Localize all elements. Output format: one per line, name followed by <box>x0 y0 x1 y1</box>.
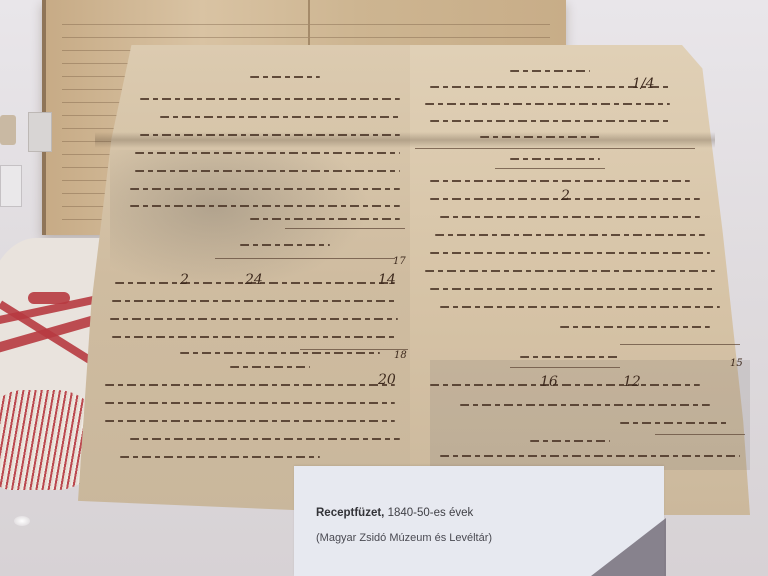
background-card <box>28 112 52 152</box>
handwriting-line <box>160 116 400 118</box>
handwriting-line <box>430 384 700 386</box>
handwriting-line <box>112 300 397 302</box>
handwriting-line <box>560 326 710 328</box>
margin-number: 15 <box>730 358 743 369</box>
section-divider <box>655 434 745 435</box>
handwriting-line <box>105 402 395 404</box>
exhibit-label-institution: (Magyar Zsidó Múzeum és Levéltár) <box>316 532 492 544</box>
margin-number: 18 <box>394 350 407 361</box>
handwriting-line <box>620 422 730 424</box>
recipe-numeral: 2 <box>180 272 189 288</box>
museum-display-photo: 24 2 14 20 17 18 1/4 2 16 12 15 Receptfü… <box>0 0 768 576</box>
margin-number: 17 <box>393 256 406 267</box>
section-divider <box>300 349 408 350</box>
handwriting-line <box>435 234 705 236</box>
handwriting-heading <box>510 70 590 72</box>
handwriting-heading <box>510 158 600 160</box>
handwriting-line <box>425 103 670 105</box>
light-reflection <box>14 516 30 526</box>
section-divider <box>415 148 695 149</box>
handwriting-line <box>460 404 710 406</box>
handwriting-line <box>140 134 400 136</box>
section-divider <box>620 344 740 345</box>
handwriting-line <box>440 455 740 457</box>
handwriting-heading <box>230 366 310 368</box>
handwriting-heading <box>240 244 330 246</box>
handwriting-line <box>440 306 720 308</box>
handwriting-line <box>425 270 715 272</box>
textile-embroidered-letter <box>28 292 70 304</box>
section-divider <box>215 258 395 259</box>
handwriting-heading <box>530 440 610 442</box>
background-object <box>0 115 16 145</box>
handwriting-line <box>430 288 715 290</box>
recipe-numeral: 16 <box>540 374 558 390</box>
handwriting-line <box>105 420 395 422</box>
exhibit-label-title-bold: Receptfüzet, <box>316 507 384 519</box>
handwriting-line <box>110 318 398 320</box>
handwriting-line <box>130 205 400 207</box>
handwriting-line <box>440 216 700 218</box>
handwriting-line <box>130 438 400 440</box>
handwriting-line <box>135 170 400 172</box>
handwriting-line <box>105 384 395 386</box>
handwriting-line <box>250 218 400 220</box>
section-divider <box>495 168 605 169</box>
exhibit-label-card: Receptfüzet, 1840-50-es évek (Magyar Zsi… <box>294 466 664 576</box>
recipe-numeral: 14 <box>378 272 396 288</box>
handwriting-line <box>130 188 400 190</box>
handwriting-heading <box>520 356 620 358</box>
section-divider <box>285 228 405 229</box>
handwriting-line <box>180 352 380 354</box>
handwriting-line <box>430 180 690 182</box>
shadow <box>430 360 750 470</box>
recipe-numeral: 1/4 <box>632 76 655 92</box>
handwriting-line <box>112 336 397 338</box>
handwriting-line <box>430 252 710 254</box>
recipe-numeral: 2 <box>561 188 570 204</box>
label-corner-shape <box>591 518 666 576</box>
exhibit-label-title: Receptfüzet, 1840-50-es évek <box>316 507 473 519</box>
recipe-numeral: 20 <box>378 372 396 388</box>
handwriting-line <box>430 120 670 122</box>
recipe-numeral: 24 <box>245 272 263 288</box>
recipe-numeral: 12 <box>623 374 641 390</box>
background-box <box>0 165 22 207</box>
handwriting-line <box>120 456 320 458</box>
handwriting-heading <box>250 76 320 78</box>
handwriting-line <box>135 152 400 154</box>
handwriting-line <box>140 98 400 100</box>
section-divider <box>510 367 620 368</box>
exhibit-label-date: 1840-50-es évek <box>384 507 473 519</box>
handwriting-line <box>480 136 600 138</box>
